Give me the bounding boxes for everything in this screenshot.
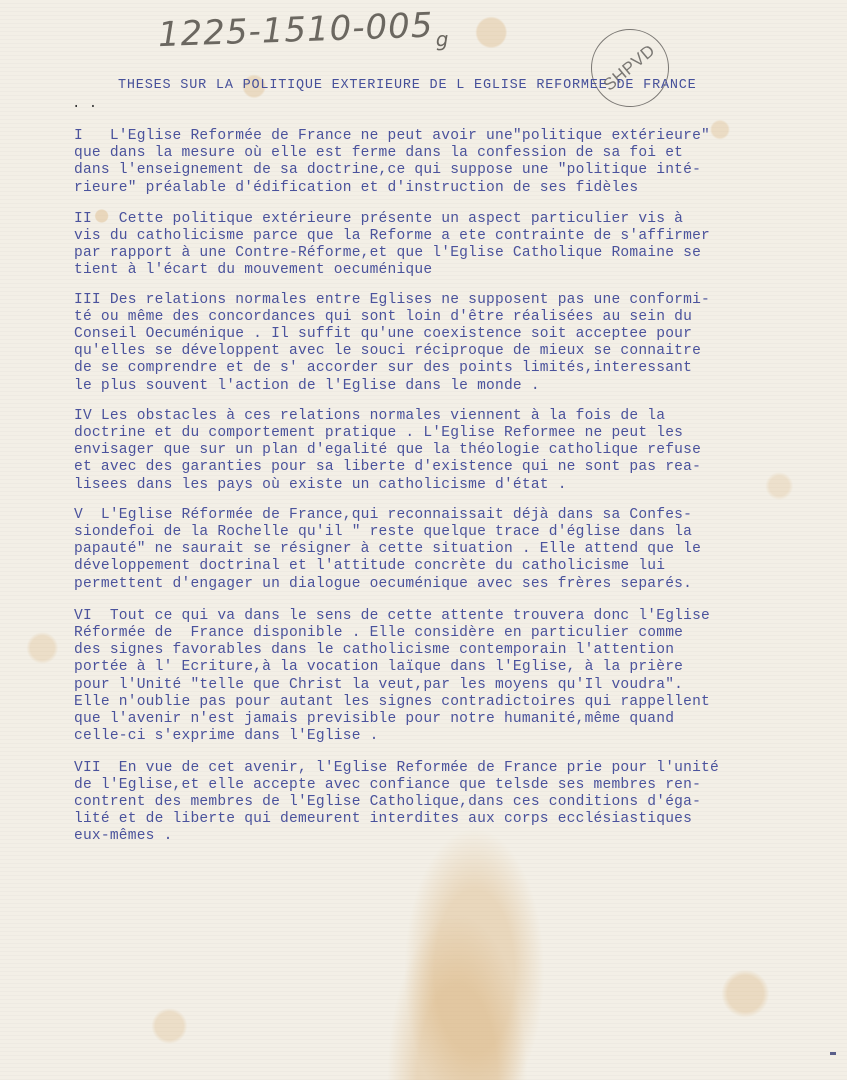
- text-line: III Des relations normales entre Eglises…: [74, 292, 834, 309]
- thesis-paragraph-4: IV Les obstacles à ces relations normale…: [74, 408, 834, 494]
- text-line: celle-ci s'exprime dans l'Eglise .: [74, 728, 834, 745]
- text-line: et avec des garanties pour sa liberte d'…: [74, 459, 834, 476]
- text-line: le plus souvent l'action de l'Eglise dan…: [74, 378, 834, 395]
- thesis-paragraph-7: VII En vue de cet avenir, l'Eglise Refor…: [74, 760, 834, 846]
- text-line: VII En vue de cet avenir, l'Eglise Refor…: [74, 760, 834, 777]
- text-line: que l'avenir n'est jamais previsible pou…: [74, 711, 834, 728]
- text-line: de l'Eglise,et elle accepte avec confian…: [74, 777, 834, 794]
- thesis-paragraph-2: II Cette politique extérieure présente u…: [74, 211, 834, 280]
- document-title: THESES SUR LA POLITIQUE EXTERIEURE DE L …: [118, 78, 808, 93]
- text-line: envisager que sur un plan d'egalité que …: [74, 442, 834, 459]
- archive-stamp: SHPVD: [591, 29, 669, 107]
- archive-reference-handwritten: 1225-1510-005g: [157, 5, 450, 61]
- text-line: développement doctrinal et l'attitude co…: [74, 558, 834, 575]
- text-line: que dans la mesure où elle est ferme dan…: [74, 145, 834, 162]
- text-line: dans l'enseignement de sa doctrine,ce qu…: [74, 162, 834, 179]
- text-line: II Cette politique extérieure présente u…: [74, 211, 834, 228]
- text-line: par rapport à une Contre-Réforme,et que …: [74, 245, 834, 262]
- text-line: Elle n'oublie pas pour autant les signes…: [74, 694, 834, 711]
- text-line: portée à l' Ecriture,à la vocation laïqu…: [74, 659, 834, 676]
- text-line: IV Les obstacles à ces relations normale…: [74, 408, 834, 425]
- text-line: Réformée de France disponible . Elle con…: [74, 625, 834, 642]
- text-line: VI Tout ce qui va dans le sens de cette …: [74, 608, 834, 625]
- text-line: vis du catholicisme parce que la Reforme…: [74, 228, 834, 245]
- text-line: des signes favorables dans le catholicis…: [74, 642, 834, 659]
- text-line: doctrine et du comportement pratique . L…: [74, 425, 834, 442]
- text-line: qu'elles se développent avec le souci ré…: [74, 343, 834, 360]
- text-line: tient à l'écart du mouvement oecuménique: [74, 262, 834, 279]
- text-line: eux-mêmes .: [74, 828, 834, 845]
- text-line: rieure" préalable d'édification et d'ins…: [74, 180, 834, 197]
- text-line: té ou même des concordances qui sont loi…: [74, 309, 834, 326]
- text-line: lisees dans les pays où existe un cathol…: [74, 477, 834, 494]
- margin-marks: . .: [72, 96, 97, 112]
- text-line: de se comprendre et de s' accorder sur d…: [74, 360, 834, 377]
- text-line: contrent des membres de l'Eglise Catholi…: [74, 794, 834, 811]
- text-line: papauté" ne saurait se résigner à cette …: [74, 541, 834, 558]
- archive-reference-number: 1225-1510-005: [157, 5, 434, 55]
- thesis-paragraph-6: VI Tout ce qui va dans le sens de cette …: [74, 608, 834, 746]
- ink-mark: [830, 1052, 836, 1055]
- thesis-paragraph-5: V L'Eglise Réformée de France,qui reconn…: [74, 507, 834, 593]
- text-line: V L'Eglise Réformée de France,qui reconn…: [74, 507, 834, 524]
- text-line: Conseil Oecuménique . Il suffit qu'une c…: [74, 326, 834, 343]
- thesis-paragraph-1: I L'Eglise Reformée de France ne peut av…: [74, 128, 834, 197]
- thesis-paragraph-3: III Des relations normales entre Eglises…: [74, 292, 834, 395]
- text-line: pour l'Unité "telle que Christ la veut,p…: [74, 677, 834, 694]
- text-line: siondefoi de la Rochelle qu'il " reste q…: [74, 524, 834, 541]
- text-line: I L'Eglise Reformée de France ne peut av…: [74, 128, 834, 145]
- text-line: lité et de liberte qui demeurent interdi…: [74, 811, 834, 828]
- archive-reference-suffix: g: [435, 27, 450, 51]
- document-body: I L'Eglise Reformée de France ne peut av…: [74, 128, 834, 860]
- text-line: permettent d'engager un dialogue oecumén…: [74, 576, 834, 593]
